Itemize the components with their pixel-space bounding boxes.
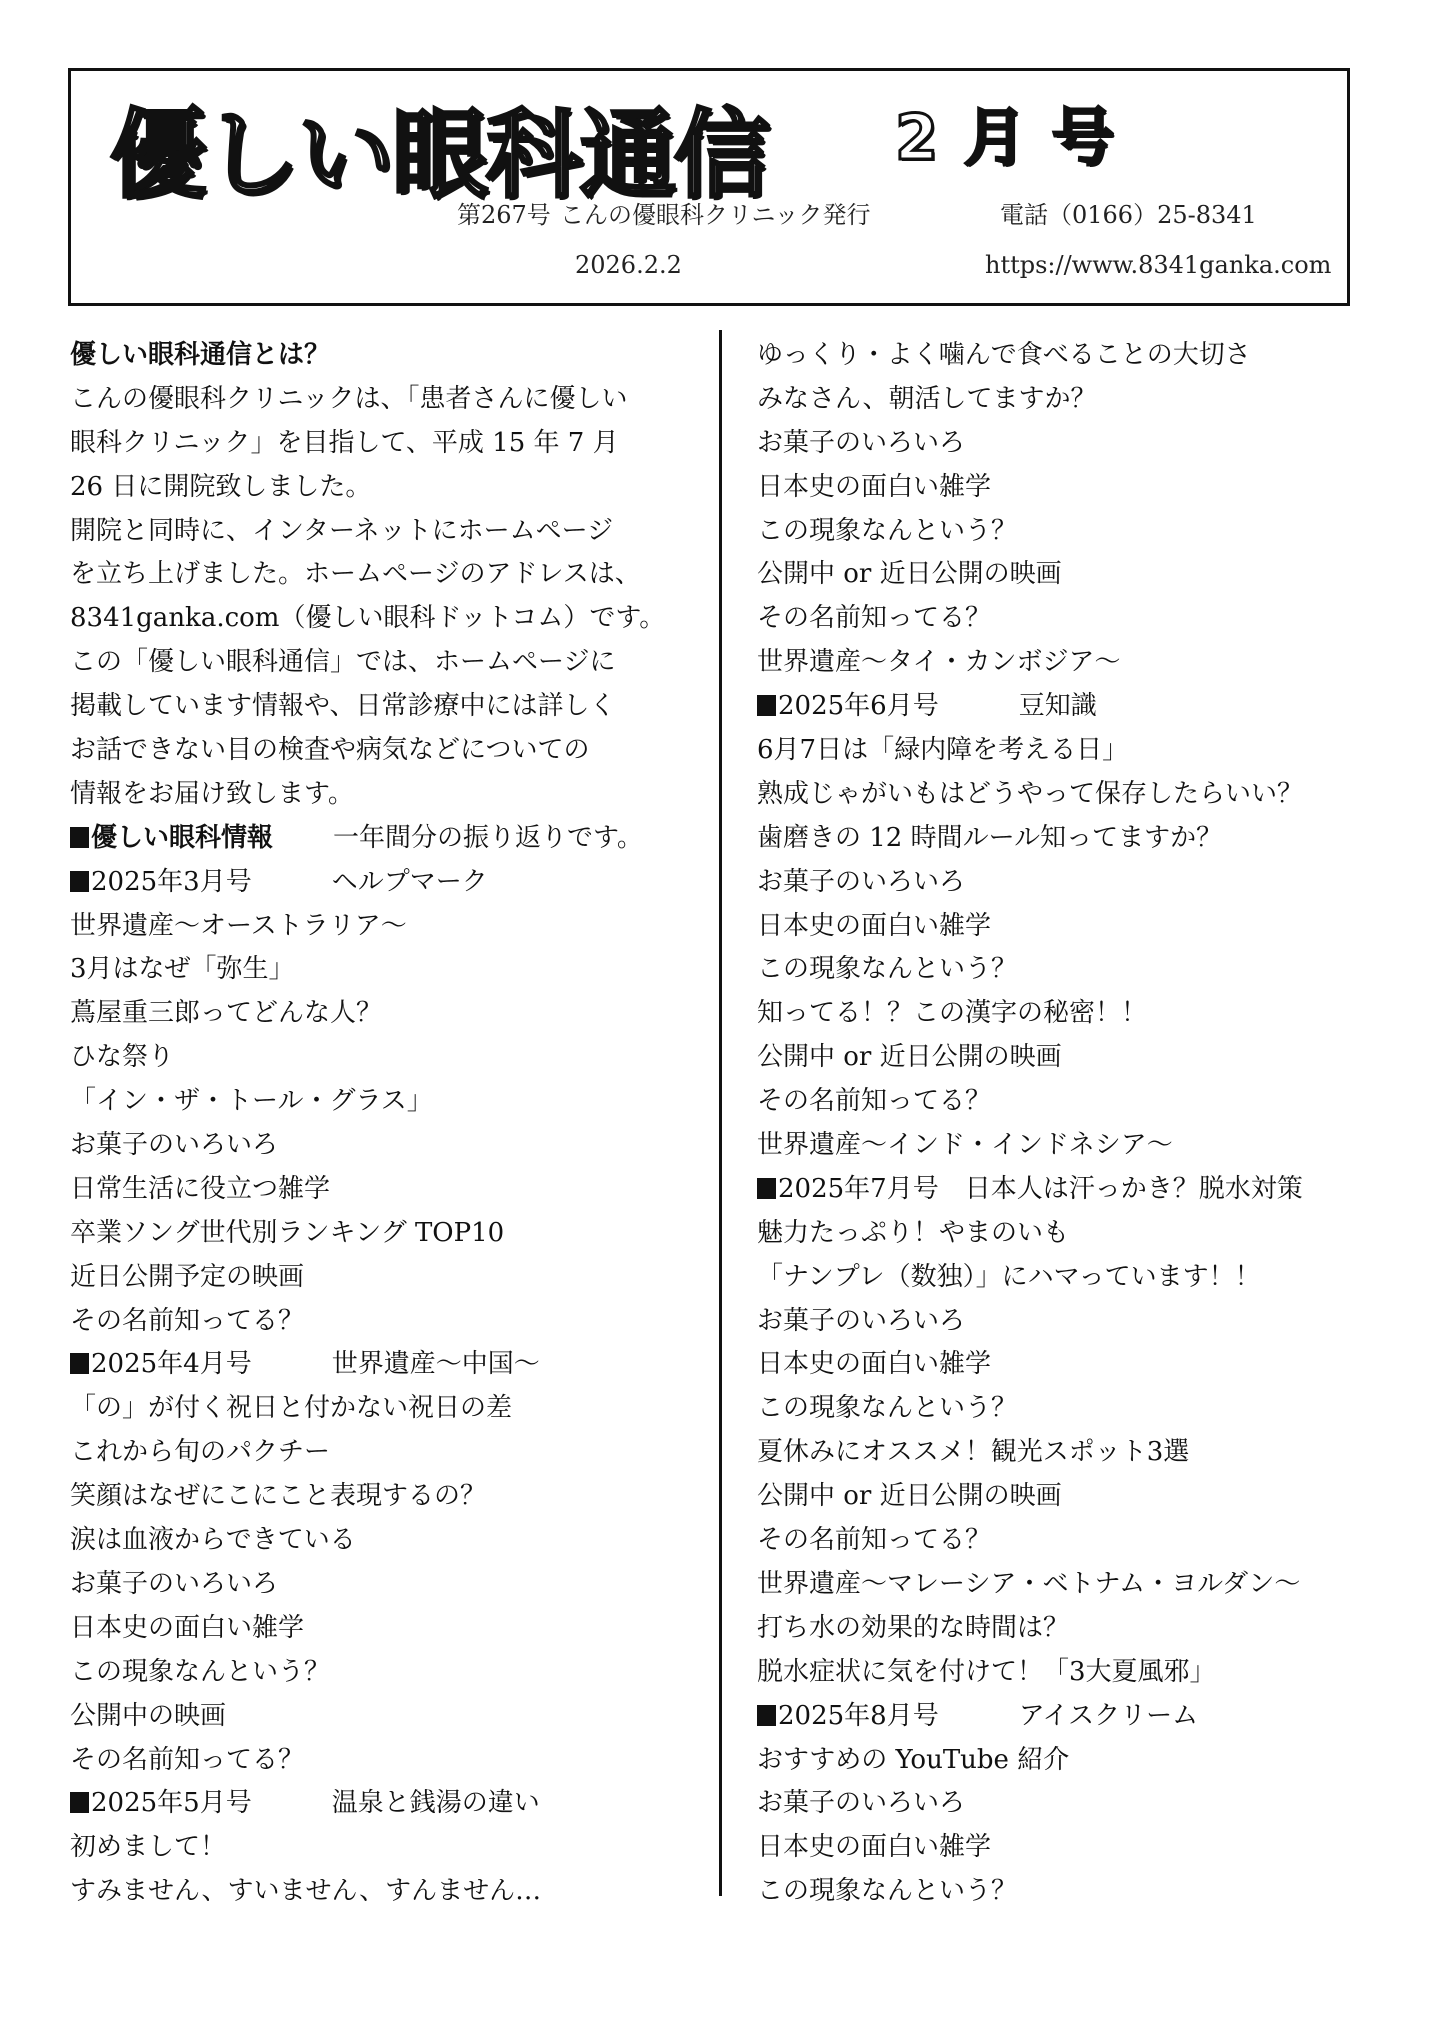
intro-line: 掲載しています情報や、日常診療中には詳しく (70, 685, 710, 729)
list-item: 世界遺産～オーストラリア～ (70, 905, 710, 949)
publisher: こんの優眼科クリニック発行 (560, 200, 871, 230)
list-item: 世界遺産～マレーシア・ベトナム・ヨルダン～ (757, 1563, 1397, 1607)
issue-heading: 2025年4月号世界遺産～中国～ (70, 1343, 710, 1387)
intro-line: 眼科クリニック」を目指して、平成 15 年 7 月 (70, 422, 710, 466)
square-bullet-icon (757, 1178, 776, 1199)
list-item: お菓子のいろいろ (757, 1300, 1397, 1344)
newsletter-title: 優しい眼科通信 (110, 100, 768, 210)
issue-heading: 2025年8月号アイスクリーム (757, 1695, 1397, 1739)
list-item: お菓子のいろいろ (70, 1124, 710, 1168)
intro-line: 開院と同時に、インターネットにホームページ (70, 510, 710, 554)
issue-headline: 世界遺産～中国～ (332, 1349, 540, 1379)
issue-headline: 豆知識 (1019, 691, 1097, 721)
list-item: お菓子のいろいろ (757, 861, 1397, 905)
list-item: 公開中 or 近日公開の映画 (757, 1475, 1397, 1519)
issue-heading: 2025年6月号豆知識 (757, 685, 1397, 729)
list-item: 熟成じゃがいもはどうやって保存したらいい？ (757, 773, 1397, 817)
column-divider (719, 330, 722, 1896)
list-item: 3月はなぜ「弥生」 (70, 948, 710, 992)
list-item: その名前知ってる？ (757, 597, 1397, 641)
right-column: ゆっくり・よく噛んで食べることの大切さ みなさん、朝活してますか？ お菓子のいろ… (757, 334, 1397, 1914)
list-item: 公開中 or 近日公開の映画 (757, 1036, 1397, 1080)
list-item: 日本史の面白い雑学 (757, 466, 1397, 510)
intro-line: 情報をお届け致します。 (70, 773, 710, 817)
square-bullet-icon (70, 871, 89, 892)
list-item: その名前知ってる？ (757, 1519, 1397, 1563)
website-url[interactable]: https://www.8341ganka.com (985, 250, 1331, 280)
issue-label: 2025年3月号 (91, 867, 252, 897)
issue-label: 2025年7月号 (778, 1174, 939, 1204)
list-item: この現象なんという？ (757, 948, 1397, 992)
list-item: 世界遺産～インド・インドネシア～ (757, 1124, 1397, 1168)
list-item: すみません、すいません、すんません… (70, 1870, 710, 1914)
list-item: その名前知ってる？ (70, 1739, 710, 1783)
list-item: ゆっくり・よく噛んで食べることの大切さ (757, 334, 1397, 378)
square-bullet-icon (70, 1353, 89, 1374)
list-item: 公開中の映画 (70, 1695, 710, 1739)
square-bullet-icon (757, 1705, 776, 1726)
intro-line: この「優しい眼科通信」では、ホームページに (70, 641, 710, 685)
list-item: 蔦屋重三郎ってどんな人？ (70, 992, 710, 1036)
issue-headline: ヘルプマーク (332, 867, 488, 897)
list-item: 初めまして！ (70, 1826, 710, 1870)
list-item: みなさん、朝活してますか？ (757, 378, 1397, 422)
list-item: 打ち水の効果的な時間は？ (757, 1607, 1397, 1651)
list-item: その名前知ってる？ (70, 1300, 710, 1344)
list-item: 公開中 or 近日公開の映画 (757, 553, 1397, 597)
list-item: 涙は血液からできている (70, 1519, 710, 1563)
issue-heading: 2025年5月号温泉と銭湯の違い (70, 1782, 710, 1826)
list-item: この現象なんという？ (757, 510, 1397, 554)
section-heading-row: 優しい眼科情報一年間分の振り返りです。 (70, 817, 710, 861)
list-item: 世界遺産～タイ・カンボジア～ (757, 641, 1397, 685)
list-item: 歯磨きの 12 時間ルール知ってますか？ (757, 817, 1397, 861)
list-item: 日本史の面白い雑学 (757, 1826, 1397, 1870)
phone: 電話（0166）25-8341 (1000, 200, 1257, 230)
issue-headline: アイスクリーム (1019, 1701, 1198, 1731)
list-item: 知ってる！？この漢字の秘密！！ (757, 992, 1397, 1036)
list-item: 「ナンプレ（数独）」にハマっています！！ (757, 1256, 1397, 1300)
issue-date: 2026.2.2 (575, 250, 682, 280)
section-heading: 優しい眼科情報 (91, 823, 273, 853)
list-item: おすすめの YouTube 紹介 (757, 1739, 1397, 1783)
square-bullet-icon (70, 1792, 89, 1813)
issue-headline: 温泉と銭湯の違い (332, 1788, 540, 1818)
issue-headline: 日本人は汗っかき？脱水対策 (965, 1174, 1303, 1204)
list-item: この現象なんという？ (757, 1870, 1397, 1914)
intro-line: を立ち上げました。ホームページのアドレスは、 (70, 553, 710, 597)
intro-heading: 優しい眼科通信とは？ (70, 334, 710, 378)
issue-label: 2025年6月号 (778, 691, 939, 721)
issue-month: 2月号 (895, 98, 1140, 178)
list-item: お菓子のいろいろ (757, 422, 1397, 466)
square-bullet-icon (757, 695, 776, 716)
list-item: 日本史の面白い雑学 (70, 1607, 710, 1651)
list-item: お菓子のいろいろ (70, 1563, 710, 1607)
list-item: これから旬のパクチー (70, 1431, 710, 1475)
list-item: 「の」が付く祝日と付かない祝日の差 (70, 1387, 710, 1431)
list-item: ひな祭り (70, 1036, 710, 1080)
square-bullet-icon (70, 827, 89, 848)
left-column: 優しい眼科通信とは？ こんの優眼科クリニックは、「患者さんに優しい 眼科クリニッ… (70, 334, 710, 1914)
list-item: 近日公開予定の映画 (70, 1256, 710, 1300)
list-item: 日本史の面白い雑学 (757, 905, 1397, 949)
intro-line: お話できない目の検査や病気などについての (70, 729, 710, 773)
issue-label: 2025年5月号 (91, 1788, 252, 1818)
issue-label: 2025年8月号 (778, 1701, 939, 1731)
issue-label: 2025年4月号 (91, 1349, 252, 1379)
section-subheading: 一年間分の振り返りです。 (333, 823, 643, 853)
list-item: 脱水症状に気を付けて！「3大夏風邪」 (757, 1651, 1397, 1695)
list-item: 日本史の面白い雑学 (757, 1343, 1397, 1387)
issue-heading: 2025年3月号ヘルプマーク (70, 861, 710, 905)
list-item: 日常生活に役立つ雑学 (70, 1168, 710, 1212)
intro-line: 26 日に開院致しました。 (70, 466, 710, 510)
list-item: この現象なんという？ (70, 1651, 710, 1695)
list-item: 笑顔はなぜにこにこと表現するの？ (70, 1475, 710, 1519)
issue-heading: 2025年7月号日本人は汗っかき？脱水対策 (757, 1168, 1397, 1212)
list-item: 卒業ソング世代別ランキング TOP10 (70, 1212, 710, 1256)
list-item: お菓子のいろいろ (757, 1782, 1397, 1826)
list-item: その名前知ってる？ (757, 1080, 1397, 1124)
list-item: 6月7日は「緑内障を考える日」 (757, 729, 1397, 773)
list-item: この現象なんという？ (757, 1387, 1397, 1431)
issue-number: 第267号 (457, 200, 551, 230)
list-item: 魅力たっぷり！やまのいも (757, 1212, 1397, 1256)
list-item: 「イン・ザ・トール・グラス」 (70, 1080, 710, 1124)
intro-line: 8341ganka.com（優しい眼科ドットコム）です。 (70, 597, 710, 641)
list-item: 夏休みにオススメ！観光スポット3選 (757, 1431, 1397, 1475)
intro-line: こんの優眼科クリニックは、「患者さんに優しい (70, 378, 710, 422)
